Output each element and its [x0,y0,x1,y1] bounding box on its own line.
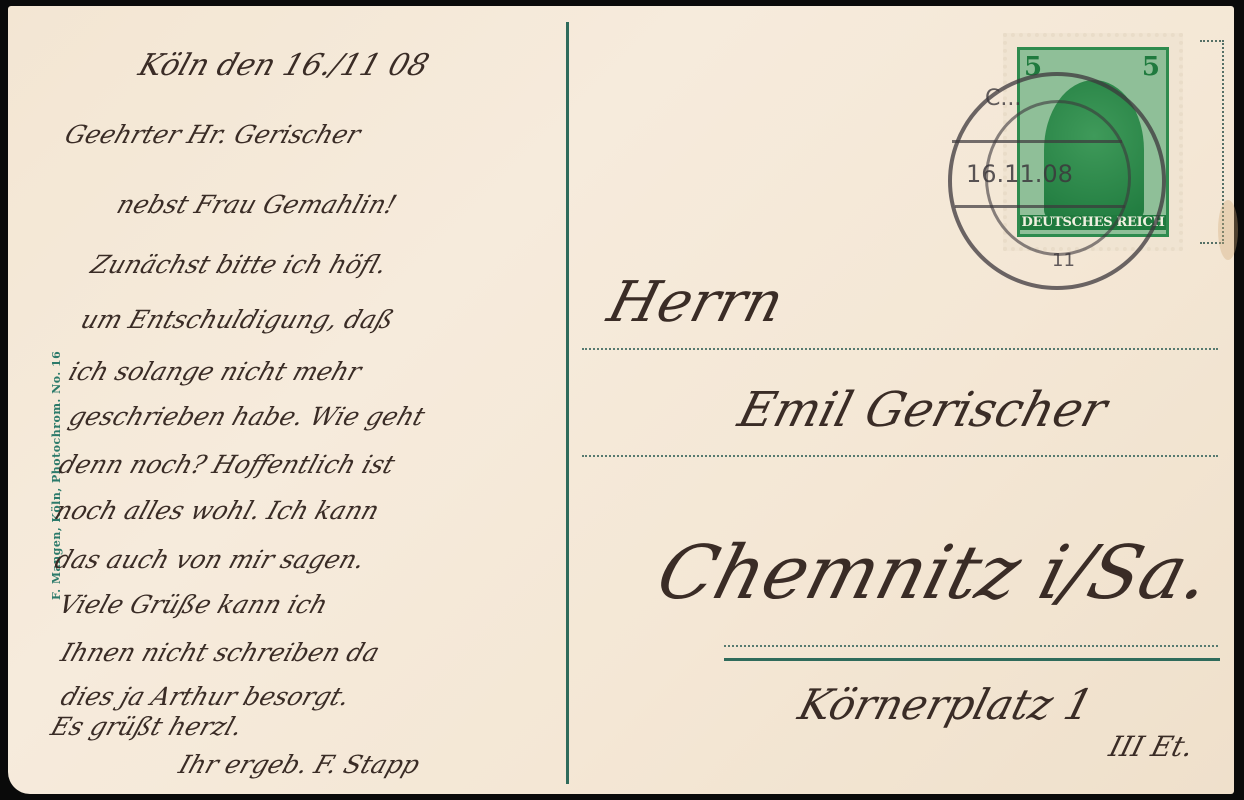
message-line: Es grüßt herzl. [47,712,246,741]
message-line: noch alles wohl. Ich kann [51,496,383,525]
message-line: geschrieben habe. Wie geht [65,402,428,431]
address-line-2 [582,455,1218,457]
address-salutation: Herrn [601,270,790,335]
center-divider-line [566,22,569,784]
address-name: Emil Gerischer [732,382,1112,438]
postmark-bar-bottom [955,205,1125,208]
postmark-bar-top [952,140,1122,143]
message-line: Ihnen nicht schreiben da [57,638,383,667]
address-line-3 [724,645,1218,647]
address-city: Chemnitz i/Sa. [648,530,1220,616]
paper-stain [1218,200,1238,260]
message-date-line: Köln den 16./11 08 [134,48,433,83]
message-line: Geehrter Hr. Gerischer [61,120,364,149]
message-line: ich solange nicht mehr [65,357,365,386]
message-line: Zunächst bitte ich höfl. [87,250,390,279]
message-line: dies ja Arthur besorgt. [57,682,353,711]
signature: Ihr ergeb. F. Stapp [175,750,423,779]
message-line: denn noch? Hoffentlich ist [55,450,398,479]
stamp-value-right: 5 [1142,52,1160,82]
address-underline [724,658,1220,661]
message-line: das auch von mir sagen. [51,545,369,574]
address-line-1 [582,348,1218,350]
message-line: Viele Grüße kann ich [55,590,331,619]
message-line: nebst Frau Gemahlin! [113,190,400,219]
message-line: um Entschuldigung, daß [77,305,397,334]
postmark-sub: 11 [1052,250,1075,271]
postmark-date: 16.11.08 [966,160,1073,188]
postmark-city: C... [985,86,1021,111]
address-street: Körnerplatz 1 [793,680,1098,729]
address-floor: III Et. [1106,730,1198,763]
